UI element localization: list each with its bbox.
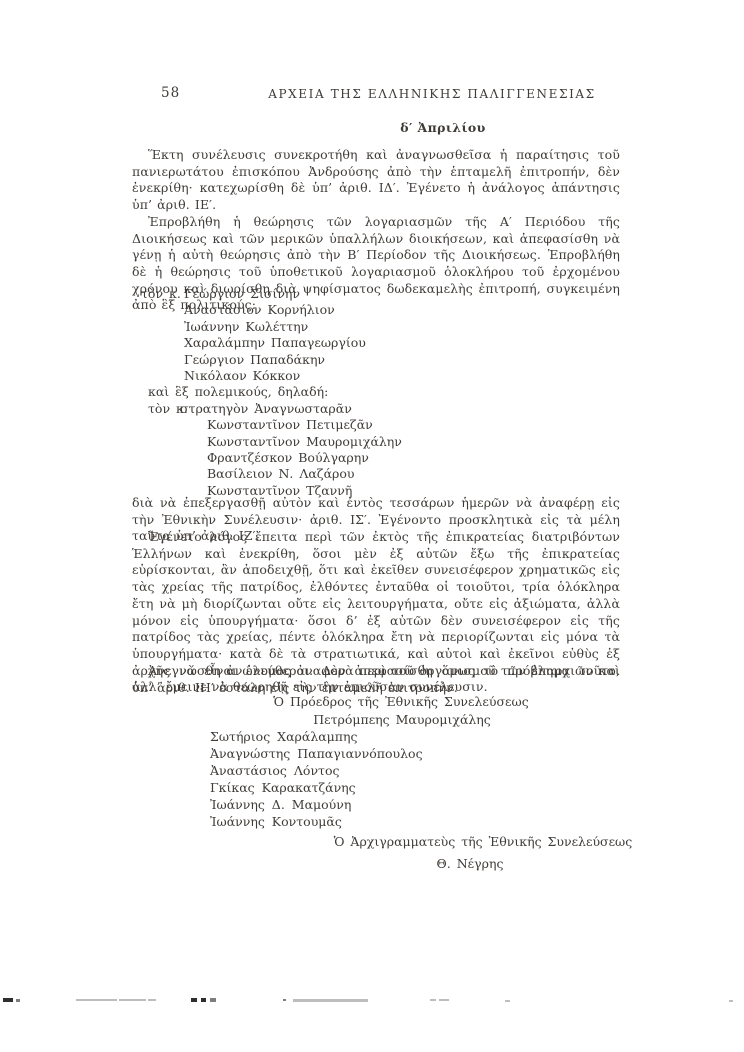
military-member-name: Φραντζέσκον Βούλγαρην xyxy=(207,450,369,465)
secretary-title: Ὁ Ἀρχιγραμματεὺς τῆς Ἐθνικῆς Συνελεύσεως xyxy=(239,834,727,849)
civil-member-row: Ἰωάννην Κωλέττην xyxy=(132,319,620,335)
civil-member-row: Χαραλάμπην Παπαγεωργίου xyxy=(132,335,620,351)
civil-member-row: Γεώργιον Παπαδάκην xyxy=(132,352,620,368)
member-signature: Γκίκας Καρακατζάνης xyxy=(210,780,423,797)
military-intro-text: καὶ ἓξ πολεμικούς, δηλαδή: xyxy=(148,384,328,399)
member-signature: Ἀναγνώστης Παπαγιαννόπουλος xyxy=(210,746,423,763)
scan-artifact xyxy=(76,999,117,1001)
scan-artifact xyxy=(729,1000,733,1002)
civil-member-name: Γεώργιον Παπαδάκην xyxy=(184,352,325,367)
scan-artifact xyxy=(119,999,146,1001)
president-title: Ὁ Πρόεδρος τῆς Ἐθνικῆς Συνελεύσεως xyxy=(157,694,645,709)
member-signature: Ἀναστάσιος Λόντος xyxy=(210,763,423,780)
scan-artifact xyxy=(148,999,156,1001)
civil-member-name: Νικόλαον Κόκκον xyxy=(184,368,300,383)
scan-artifact xyxy=(293,999,368,1002)
committee-lists: τὸν κ. Γεώργιον Σισίνην Ἀναστάσιον Κορνή… xyxy=(132,286,620,499)
page-number: 58 xyxy=(161,85,180,101)
scan-artifact xyxy=(283,999,286,1001)
paragraph-anonymous-report: Ἀνεγνώσθη ἀνώνυμος ἀναφορὰ περὶ τοῦ ὀργα… xyxy=(132,663,620,696)
military-member-name: στρατηγὸν Ἀναγνωσταρᾶν xyxy=(180,401,352,416)
member-signature: Ἰωάννης Κοντουμᾶς xyxy=(210,814,423,831)
scan-artifact xyxy=(439,999,449,1001)
military-member-name: Κωνσταντῖνον Πετιμεζᾶν xyxy=(207,417,373,432)
military-member-row: Κωνσταντῖνον Μαυρομιχάλην xyxy=(132,434,620,450)
anonymous-report-paragraph: Ἀνεγνώσθη ἀνώνυμος ἀναφορὰ περὶ τοῦ ὀργα… xyxy=(132,663,620,696)
military-member-name: Κωνσταντῖνον Μαυρομιχάλην xyxy=(207,434,402,449)
military-member-row: τὸν κ. στρατηγὸν Ἀναγνωσταρᾶν xyxy=(132,401,620,417)
president-signature: Πετρόμπεης Μαυρομιχάλης xyxy=(158,712,646,727)
civil-member-name: Γεώργιον Σισίνην xyxy=(184,286,300,301)
scan-artifact xyxy=(201,998,206,1002)
paragraph-session-resignation: Ἕκτη συνέλευσις συνεκροτήθη καὶ ἀναγνωσθ… xyxy=(132,147,620,214)
civil-member-row: Νικόλαον Κόκκον xyxy=(132,368,620,384)
scanned-document-page: 58 ΑΡΧΕΙΑ ΤΗΣ ΕΛΛΗΝΙΚΗΣ ΠΑΛΙΓΓΕΝΕΣΙΑΣ δ′… xyxy=(0,0,744,1052)
member-signature: Ἰωάννης Δ. Μαμούνη xyxy=(210,797,423,814)
military-member-row: Φραντζέσκον Βούλγαρην xyxy=(132,450,620,466)
scan-artifact xyxy=(191,998,197,1002)
civil-member-name: Ἰωάννην Κωλέττην xyxy=(184,319,308,334)
scan-artifact xyxy=(137,295,139,297)
scan-artifact xyxy=(430,999,436,1001)
military-list-intro: καὶ ἓξ πολεμικούς, δηλαδή: xyxy=(132,384,620,400)
date-heading: δ′ Ἀπριλίου xyxy=(400,120,485,135)
secretary-signature: Θ. Νέγρης xyxy=(226,856,714,871)
scan-artifact xyxy=(16,999,20,1002)
civil-member-row: τὸν κ. Γεώργιον Σισίνην xyxy=(132,286,620,302)
military-list-prefix: τὸν κ. xyxy=(148,401,188,417)
military-member-name: Βασίλειον Ν. Λαζάρου xyxy=(207,466,355,481)
military-member-row: Κωνσταντῖνον Πετιμεζᾶν xyxy=(132,417,620,433)
member-signature: Σωτήριος Χαράλαμπης xyxy=(210,729,423,746)
scan-artifact xyxy=(505,1000,510,1002)
member-signatures: Σωτήριος Χαράλαμπης Ἀναγνώστης Παπαγιανν… xyxy=(210,729,423,830)
civil-member-name: Ἀναστάσιον Κορνήλιον xyxy=(184,302,335,317)
civil-member-row: Ἀναστάσιον Κορνήλιον xyxy=(132,302,620,318)
running-title: ΑΡΧΕΙΑ ΤΗΣ ΕΛΛΗΝΙΚΗΣ ΠΑΛΙΓΓΕΝΕΣΙΑΣ xyxy=(268,87,596,101)
civil-list-prefix: τὸν κ. xyxy=(141,286,181,302)
civil-member-name: Χαραλάμπην Παπαγεωργίου xyxy=(184,335,366,350)
military-member-row: Βασίλειον Ν. Λαζάρου xyxy=(132,466,620,482)
scan-artifact xyxy=(210,998,216,1002)
scan-artifact xyxy=(3,998,13,1002)
